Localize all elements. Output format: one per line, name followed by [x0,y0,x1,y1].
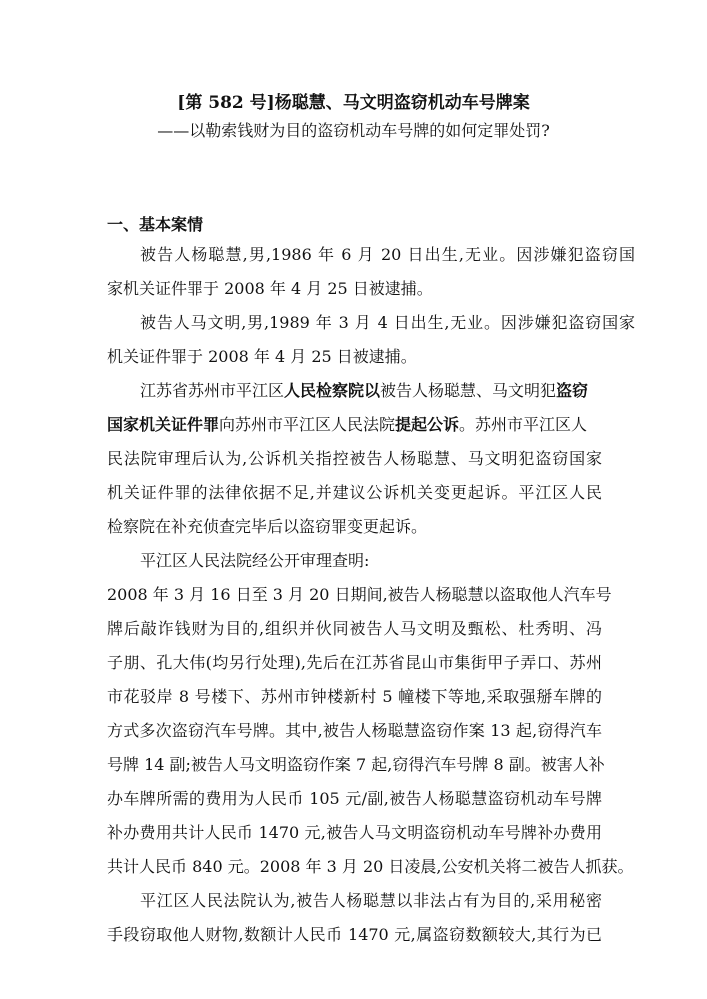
paragraph-line: 被告人杨聪慧,男,1986 年 6 月 20 日出生,无业。因涉嫌犯盗窃国 [140,245,635,265]
paragraph-line: 牌后敲诈钱财为目的,组织并伙同被告人马文明及甄松、杜秀明、冯 [107,619,602,639]
paragraph-line: 家机关证件罪于 2008 年 4 月 25 日被逮捕。 [107,279,602,299]
document-page: [第 582 号]杨聪慧、马文明盗窃机动车号牌案 ——以勒索钱财为目的盗窃机动车… [0,0,707,999]
paragraph-line: 共计人民币 840 元。2008 年 3 月 20 日凌晨,公安机关将二被告人抓… [107,857,602,877]
paragraph-line: 平江区人民法院经公开审理查明: [140,551,635,571]
bold-text: 提起公诉 [395,415,459,434]
paragraph-line: 手段窃取他人财物,数额计人民币 1470 元,属盗窃数额较大,其行为已 [107,925,602,945]
paragraph-line: 被告人马文明,男,1989 年 3 月 4 日出生,无业。因涉嫌犯盗窃国家 [140,313,635,333]
text-span: 。苏州市平江区人 [459,415,587,434]
text-span: 江苏省苏州市平江区 [140,381,284,400]
bold-text: 盗窃 [556,381,588,400]
paragraph-line: 方式多次盗窃汽车号牌。其中,被告人杨聪慧盗窃作案 13 起,窃得汽车 [107,721,602,741]
bold-text: 国家机关证件罪 [107,415,219,434]
case-subtitle: ——以勒索钱财为目的盗窃机动车号牌的如何定罪处罚? [0,118,707,141]
paragraph-line: 补办费用共计人民币 1470 元,被告人马文明盗窃机动车号牌补办费用 [107,823,602,843]
paragraph-line: 平江区人民法院认为,被告人杨聪慧以非法占有为目的,采用秘密 [140,891,602,911]
paragraph-line: 江苏省苏州市平江区人民检察院以被告人杨聪慧、马文明犯盗窃 [140,381,635,401]
text-span: 向苏州市平江区人民法院 [219,415,395,434]
case-title: [第 582 号]杨聪慧、马文明盗窃机动车号牌案 [0,88,707,113]
paragraph-line: 机关证件罪于 2008 年 4 月 25 日被逮捕。 [107,347,602,367]
paragraph-line: 市花驳岸 8 号楼下、苏州市钟楼新村 5 幢楼下等地,采取强掰车牌的 [107,687,602,707]
paragraph-line: 机关证件罪的法律依据不足,并建议公诉机关变更起诉。平江区人民 [107,483,602,503]
paragraph-line: 办车牌所需的费用为人民币 105 元/副,被告人杨聪慧盗窃机动车号牌 [107,789,602,809]
paragraph-line: 子朋、孔大伟(均另行处理),先后在江苏省昆山市集街甲子弄口、苏州 [107,653,602,673]
text-span: 被告人杨聪慧、马文明犯 [380,381,556,400]
paragraph-line: 号牌 14 副;被告人马文明盗窃作案 7 起,窃得汽车号牌 8 副。被害人补 [107,755,602,775]
paragraph-line: 国家机关证件罪向苏州市平江区人民法院提起公诉。苏州市平江区人 [107,415,602,435]
bold-text: 人民检察院以 [284,381,380,400]
paragraph-line: 民法院审理后认为,公诉机关指控被告人杨聪慧、马文明犯盗窃国家 [107,449,602,469]
paragraph-line: 2008 年 3 月 16 日至 3 月 20 日期间,被告人杨聪慧以盗取他人汽… [107,585,602,605]
section-heading: 一、基本案情 [107,212,203,235]
paragraph-line: 检察院在补充侦查完毕后以盗窃罪变更起诉。 [107,517,602,537]
